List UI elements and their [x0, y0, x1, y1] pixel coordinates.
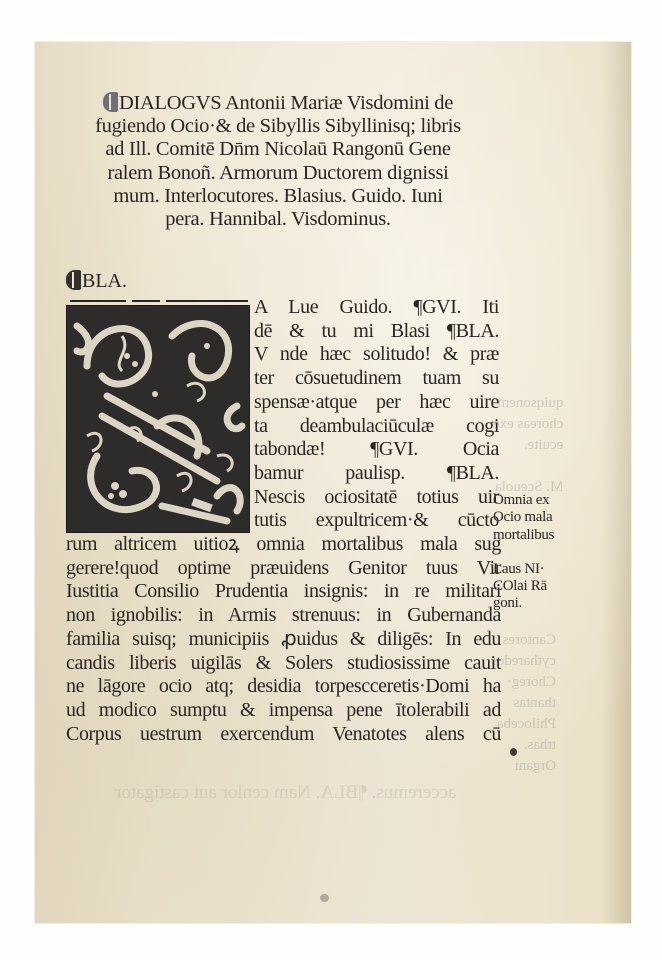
body-line: A Lue Guido. ¶GVI. Iti — [254, 296, 499, 320]
pilcrow-icon — [103, 92, 118, 112]
title-line: ad Ill. Comitē Dn̄m Nicolaū Rangonū Gene — [63, 138, 493, 161]
margin-line: Ocio mala — [493, 509, 603, 526]
title-block: DIALOGVS Antonii Mariæ Visdomini de fugi… — [63, 92, 493, 231]
paper-spot — [320, 894, 329, 902]
title-line: pera. Hannibal. Visdominus. — [63, 208, 493, 231]
body-line: dē & tu mi Blasi ¶BLA. — [254, 320, 499, 344]
body-line: tutis expultricem·& cūcto — [254, 509, 499, 533]
margin-gap — [493, 544, 603, 561]
body-line: gerere!quod optime præuidens Genitor tuu… — [66, 557, 501, 581]
title-line: mum. Interlocutores. Blasius. Guido. Iun… — [63, 185, 493, 208]
title-line: DIALOGVS Antonii Mariæ Visdomini de — [63, 92, 493, 115]
body-line: V nde hæc solitudo! & præ — [254, 343, 499, 367]
body-line: candis liberis uigilās & Solers studiosi… — [66, 652, 501, 676]
rule-lines — [70, 300, 248, 302]
margin-line: COlai Rā — [493, 578, 603, 595]
ink-stain — [510, 748, 517, 756]
margin-line: Omnia ex — [493, 492, 603, 509]
body-line: bamur paulisp. ¶BLA. — [254, 462, 499, 486]
speaker-heading: BLA. — [66, 270, 127, 293]
body-line: ud modico sumptu & impensa pene ītolerab… — [66, 699, 501, 723]
margin-line: mortalibus — [493, 527, 603, 544]
marginal-note: Omnia ex Ocio mala mortalibus Laus NI· C… — [493, 492, 603, 613]
body-line: Iustitia Consilio Prudentia insignis: in… — [66, 580, 501, 604]
show-through-bottom: acceremus. ¶BLA. Nam cenlor aut castigat… — [115, 782, 457, 804]
body-line: ta deambulaciūculæ cogi — [254, 415, 499, 439]
body-line: ter cōsuetudinem tuam su — [254, 367, 499, 391]
title-line: ralem Bonoñ. Armorum Ductorem dignissi — [63, 162, 493, 185]
body-line: rum altricem uitioꝝ omnia mortalibus mal… — [66, 533, 501, 557]
body-line: Corpus uestrum exercendum Venatotes alen… — [66, 723, 501, 747]
woodcut-initial-icon — [66, 305, 250, 533]
pilcrow-icon — [66, 270, 81, 290]
body-line: tabondæ! ¶GVI. Ocia — [254, 438, 499, 462]
margin-line: Laus NI· — [493, 561, 603, 578]
title-line: fugiendo Ocio·& de Sibyllis Sibyllinisq;… — [63, 115, 493, 138]
show-through-margin: quiqsonem choreas exe ecuite. M. Sceuola — [493, 393, 563, 498]
body-text-full: rum altricem uitioꝝ omnia mortalibus mal… — [66, 533, 501, 746]
body-text-beside-initial: A Lue Guido. ¶GVI. Iti dē & tu mi Blasi … — [254, 296, 499, 533]
body-line: Nescis ociositatē totius uir — [254, 486, 499, 510]
margin-line: goni. — [493, 595, 603, 612]
body-line: ne lāgore ocio atq; desidia torpescceret… — [66, 675, 501, 699]
body-line: spensæ·atque per hæc uire — [254, 391, 499, 415]
body-line: familia suisq; municipiis ꝓuidus & dilig… — [66, 628, 501, 652]
body-line: non ignobilis: in Armis strenuus: in Gub… — [66, 604, 501, 628]
